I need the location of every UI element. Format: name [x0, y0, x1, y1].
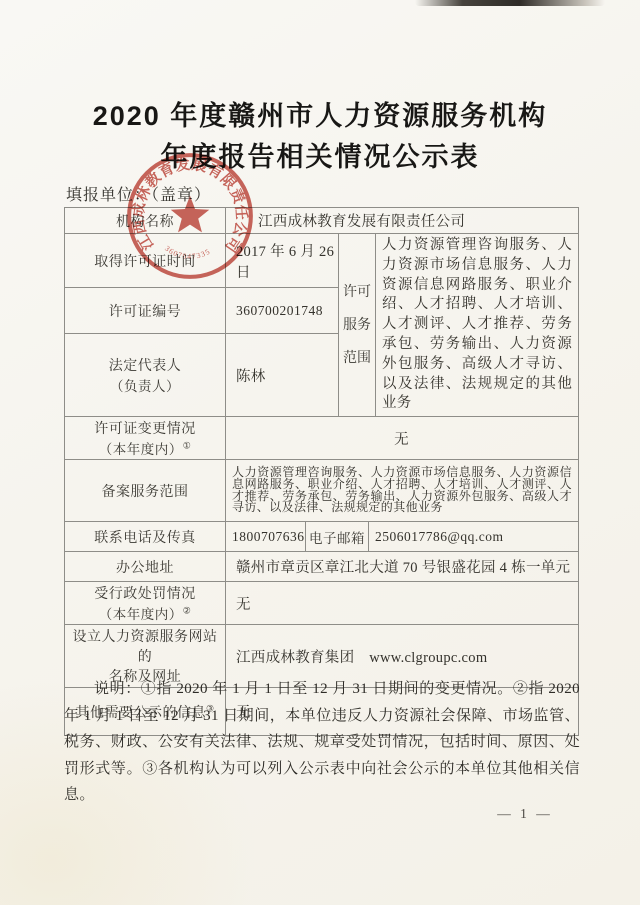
table-row: 取得许可证时间 2017 年 6 月 26 日 许可 服务 范围 人力资源管理咨… [65, 234, 579, 288]
fill-unit-label: 填报单位：（盖章） [66, 182, 211, 205]
table-row: 备案服务范围 人力资源管理咨询服务、人力资源市场信息服务、人力资源信息网路服务、… [65, 460, 579, 522]
licensed-scope-value: 人力资源管理咨询服务、人力资源市场信息服务、人力资源信息网路服务、职业介绍、人才… [376, 234, 579, 417]
scan-edge-smudge [415, 0, 605, 6]
org-name-value: 江西成林教育发展有限责任公司 [226, 208, 579, 234]
filed-scope-label: 备案服务范围 [65, 460, 226, 522]
email-value: 2506017786@qq.com [369, 522, 579, 552]
penalty-label: 受行政处罚情况 （本年度内）② [65, 582, 226, 625]
table-row: 机构名称 江西成林教育发展有限责任公司 [65, 208, 579, 234]
license-change-label: 许可证变更情况 （本年度内）① [65, 417, 226, 460]
document-title-line2: 年度报告相关情况公示表 [0, 137, 640, 178]
license-date-value: 2017 年 6 月 26 日 [226, 234, 339, 288]
license-no-label: 许可证编号 [65, 288, 226, 334]
license-no-value: 360700201748 [226, 288, 339, 334]
address-value: 赣州市章贡区章江北大道 70 号银盛花园 4 栋一单元 [226, 552, 579, 582]
footnote-mark-1: ① [183, 441, 192, 451]
license-change-value: 无 [226, 417, 579, 460]
email-label: 电子邮箱 [306, 522, 369, 552]
table-row: 受行政处罚情况 （本年度内）② 无 [65, 582, 579, 625]
phone-label: 联系电话及传真 [65, 522, 226, 552]
license-date-label: 取得许可证时间 [65, 234, 226, 288]
document-title-line1: 2020 年度赣州市人力资源服务机构 [0, 96, 640, 137]
document-title: 2020 年度赣州市人力资源服务机构 年度报告相关情况公示表 [0, 96, 640, 178]
org-name-label: 机构名称 [65, 208, 226, 234]
table-row: 联系电话及传真 18007076366 电子邮箱 2506017786@qq.c… [65, 522, 579, 552]
publicity-form-table: 机构名称 江西成林教育发展有限责任公司 取得许可证时间 2017 年 6 月 2… [64, 207, 579, 736]
legal-rep-label: 法定代表人 （负责人） [65, 334, 226, 417]
phone-value: 18007076366 [226, 522, 306, 552]
notes-paragraph: 说明：①指 2020 年 1 月 1 日至 12 月 31 日期间的变更情况。②… [64, 676, 580, 809]
address-label: 办公地址 [65, 552, 226, 582]
table-row: 办公地址 赣州市章贡区章江北大道 70 号银盛花园 4 栋一单元 [65, 552, 579, 582]
licensed-scope-column-label: 许可 服务 范围 [339, 234, 376, 417]
filed-scope-value: 人力资源管理咨询服务、人力资源市场信息服务、人力资源信息网路服务、职业介绍、人才… [226, 460, 579, 522]
penalty-value: 无 [226, 582, 579, 625]
legal-rep-value: 陈林 [226, 334, 339, 417]
table-row: 许可证变更情况 （本年度内）① 无 [65, 417, 579, 460]
footnote-mark-2: ② [183, 606, 192, 616]
page-number: — 1 — [470, 806, 580, 822]
scanned-page: 2020 年度赣州市人力资源服务机构 年度报告相关情况公示表 填报单位：（盖章）… [0, 0, 640, 905]
